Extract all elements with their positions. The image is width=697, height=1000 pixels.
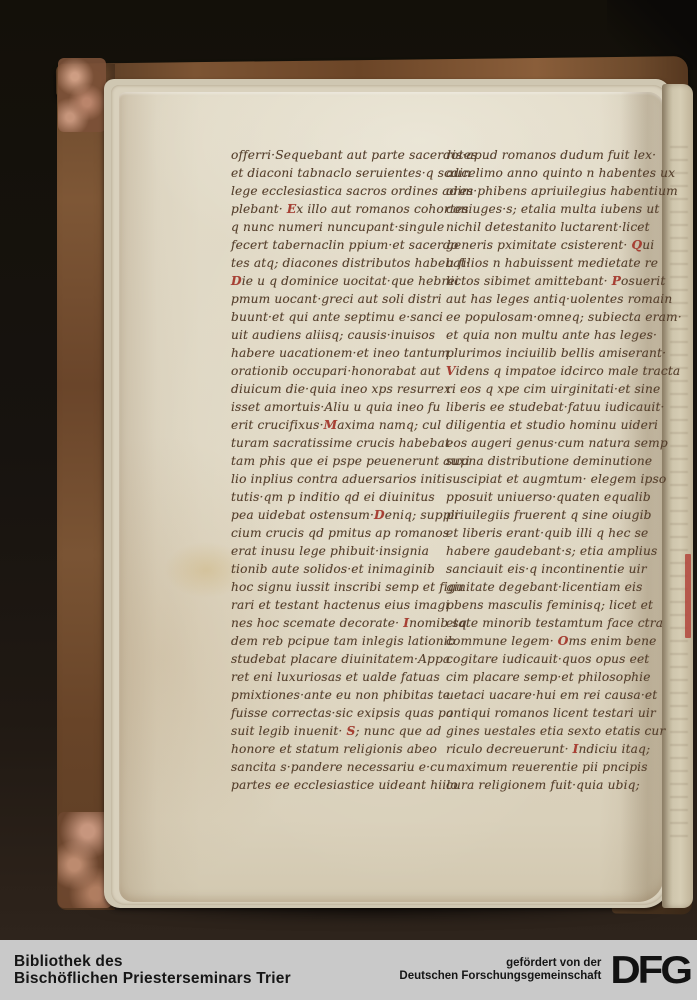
- manuscript-text-line: pposuit uniuerso·quaten equalib: [446, 488, 651, 506]
- manuscript-text-line: eos augeri genus·cum natura semp: [446, 434, 651, 452]
- rubricated-initial: D: [231, 274, 242, 288]
- funding-credit: gefördert von der Deutschen Forschungsge…: [399, 957, 601, 983]
- manuscript-text-line: commune legem· Oms enim bene: [446, 632, 651, 650]
- library-name-line1: Bibliothek des: [14, 953, 291, 971]
- manuscript-text-line: habere gaudebant·s; etia amplius: [446, 542, 651, 560]
- marbled-paper-top: [58, 58, 106, 132]
- manuscript-text-line: generis pximitate csisterent· Qui: [446, 236, 651, 254]
- manuscript-text-line: lege ecclesiastica sacros ordines adim: [231, 182, 446, 200]
- manuscript-photo: offerri·Sequebant aut parte sacerdoteset…: [0, 0, 697, 1000]
- manuscript-text-line: antiqui romanos licent testari uir: [446, 704, 651, 722]
- manuscript-text-line: rari et testant hactenus eius imagi: [231, 596, 446, 614]
- manuscript-text-line: pmixtiones·ante eu non phibitas te: [231, 686, 446, 704]
- manuscript-text-line: plurimos inciuilib bellis amiserant·: [446, 344, 651, 362]
- manuscript-text-line: q nunc numeri nuncupant·singule: [231, 218, 446, 236]
- manuscript-text-line: offerri·Sequebant aut parte sacerdotes: [231, 146, 446, 164]
- funding-credit-line2: Deutschen Forschungsgemeinschaft: [399, 970, 601, 983]
- manuscript-text-line: nichil detestanito luctarent·licet: [446, 218, 651, 236]
- facing-page-red-initial: [685, 554, 691, 638]
- manuscript-text-line: dem reb pcipue tam inlegis lationib: [231, 632, 446, 650]
- manuscript-text-line: ginitate degebant·licentiam eis: [446, 578, 651, 596]
- manuscript-text-line: nes hoc scemate decorate· Inomib sq: [231, 614, 446, 632]
- rubricated-initial: I: [403, 616, 409, 630]
- manuscript-text-line: pbens masculis feminisq; licet et: [446, 596, 651, 614]
- manuscript-text-line: partes ee ecclesiastice uideant hiilo: [231, 776, 446, 794]
- manuscript-text-line: uetaci uacare·hui em rei causa·et: [446, 686, 651, 704]
- manuscript-text-line: erat inusu lege phibuit·insignia: [231, 542, 446, 560]
- manuscript-text-line: honore et statum religionis abeo: [231, 740, 446, 758]
- manuscript-text-line: isset amortuis·Aliu u quia ineo fu: [231, 398, 446, 416]
- manuscript-text-line: ri eos q xpe cim uirginitati·et sine: [446, 380, 651, 398]
- manuscript-text-line: studebat placare diuinitatem·Appa: [231, 650, 446, 668]
- manuscript-text-line: fuisse correctas·sic exipsis quas po: [231, 704, 446, 722]
- manuscript-text-line: tionib aute solidos·et inimaginib: [231, 560, 446, 578]
- manuscript-text-line: ris·apud romanos dudum fuit lex·: [446, 146, 651, 164]
- manuscript-text-line: diuicum die·quia ineo xps resurrex: [231, 380, 446, 398]
- manuscript-text-line: ores·phibens apriuilegius habentium: [446, 182, 651, 200]
- manuscript-text-line: riculo decreuerunt· Indiciu itaq;: [446, 740, 651, 758]
- facing-page-sliver: [662, 84, 693, 908]
- manuscript-text-line: maximum reuerentie pii pncipis: [446, 758, 651, 776]
- rubricated-initial: D: [374, 508, 385, 522]
- rubricated-initial: P: [612, 274, 621, 288]
- manuscript-text-line: etate minorib testamtum face ctra: [446, 614, 651, 632]
- rubricated-initial: E: [287, 202, 296, 216]
- library-name-line2: Bischöflichen Priesterseminars Trier: [14, 970, 291, 988]
- manuscript-text-line: Videns q impatoe idcirco male tracta: [446, 362, 651, 380]
- manuscript-text-line: diligentia et studio hominu uideri: [446, 416, 651, 434]
- manuscript-text-line: uit audiens aliisq; causis·inuisos: [231, 326, 446, 344]
- manuscript-text-line: priuilegiis fruerent q sine oiugib: [446, 506, 651, 524]
- manuscript-text-line: fecert tabernaclin ppium·et sacerdo: [231, 236, 446, 254]
- manuscript-text-line: tutis·qm p inditio qd ei diuinitus: [231, 488, 446, 506]
- manuscript-text-line: cim placare semp·et philosophie: [446, 668, 651, 686]
- manuscript-text-line: et liberis erant·quib illi q hec se: [446, 524, 651, 542]
- manuscript-text-line: sanciauit eis·q incontinentie uir: [446, 560, 651, 578]
- manuscript-text-line: pmum uocant·greci aut soli distri: [231, 290, 446, 308]
- manuscript-column-left: offerri·Sequebant aut parte sacerdoteset…: [231, 146, 446, 794]
- rubricated-initial: S: [346, 724, 355, 738]
- manuscript-text-line: orationib occupari·honorabat aut: [231, 362, 446, 380]
- manuscript-text-line: plebant· Ex illo aut romanos cohortes: [231, 200, 446, 218]
- manuscript-text-line: coniuges·s; etalia multa iubens ut: [446, 200, 651, 218]
- manuscript-text-line: lictos sibimet amittebant· Posuerit: [446, 272, 651, 290]
- manuscript-text-line: ret eni luxuriosas et ualde fatuas: [231, 668, 446, 686]
- rubricated-initial: I: [573, 742, 579, 756]
- manuscript-text-line: liberis ee studebat·fatuu iudicauit·: [446, 398, 651, 416]
- manuscript-text-line: gines uestales etia sexto etatis cur: [446, 722, 651, 740]
- manuscript-text-line: erit crucifixus·Maxima namq; cul: [231, 416, 446, 434]
- manuscript-text-line: hoc signu iussit inscribi semp et figu: [231, 578, 446, 596]
- manuscript-text-line: tes atq; diacones distributos habebat·: [231, 254, 446, 272]
- manuscript-text-line: tam phis que ei pspe peuenerunt auxi: [231, 452, 446, 470]
- showthrough-text: [670, 146, 688, 846]
- manuscript-text-line: Die u q dominice uocitat·que hebrei: [231, 272, 446, 290]
- dfg-logo: DFG: [610, 953, 690, 986]
- manuscript-text-line: turam sacratissime crucis habebat·: [231, 434, 446, 452]
- manuscript-text-line: supna distributione deminutione: [446, 452, 651, 470]
- manuscript-text-line: ee populosam·omneq; subiecta eram·: [446, 308, 651, 326]
- manuscript-text-line: aut has leges antiq·uolentes romain: [446, 290, 651, 308]
- manuscript-text-line: suit legib inuenit· S; nunc que ad: [231, 722, 446, 740]
- rubricated-initial: Q: [631, 238, 642, 252]
- manuscript-text-line: buunt·et qui ante septimu e·sanci: [231, 308, 446, 326]
- rubricated-initial: V: [446, 364, 456, 378]
- manuscript-text-line: cura religionem fuit·quia ubiq;: [446, 776, 651, 794]
- manuscript-column-right: ris·apud romanos dudum fuit lex·aucelimo…: [446, 146, 651, 794]
- manuscript-text-line: et diaconi tabnaclo seruientes·q scdin: [231, 164, 446, 182]
- funding-credit-line1: gefördert von der: [399, 957, 601, 970]
- manuscript-text-line: u filios n habuissent medietate re: [446, 254, 651, 272]
- manuscript-text-line: habere uacationem·et ineo tantum: [231, 344, 446, 362]
- rubricated-initial: O: [558, 634, 569, 648]
- manuscript-text-line: cogitare iudicauit·quos opus eet: [446, 650, 651, 668]
- manuscript-text-line: pea uidebat ostensum·Deniq; suppli: [231, 506, 446, 524]
- manuscript-text-line: et quia non multu ante has leges·: [446, 326, 651, 344]
- manuscript-text-line: suscipiat et augmtum· elegem ipso: [446, 470, 651, 488]
- library-name: Bibliothek des Bischöflichen Priestersem…: [14, 953, 291, 988]
- manuscript-text-line: aucelimo anno quinto n habentes ux: [446, 164, 651, 182]
- manuscript-text-line: sancita s·pandere necessariu e·cu: [231, 758, 446, 776]
- manuscript-text-line: cium crucis qd pmitus ap romanos: [231, 524, 446, 542]
- rubricated-initial: M: [324, 418, 338, 432]
- library-footer-band: Bibliothek des Bischöflichen Priestersem…: [0, 940, 697, 1000]
- manuscript-text-line: lio inplius contra aduersarios initi: [231, 470, 446, 488]
